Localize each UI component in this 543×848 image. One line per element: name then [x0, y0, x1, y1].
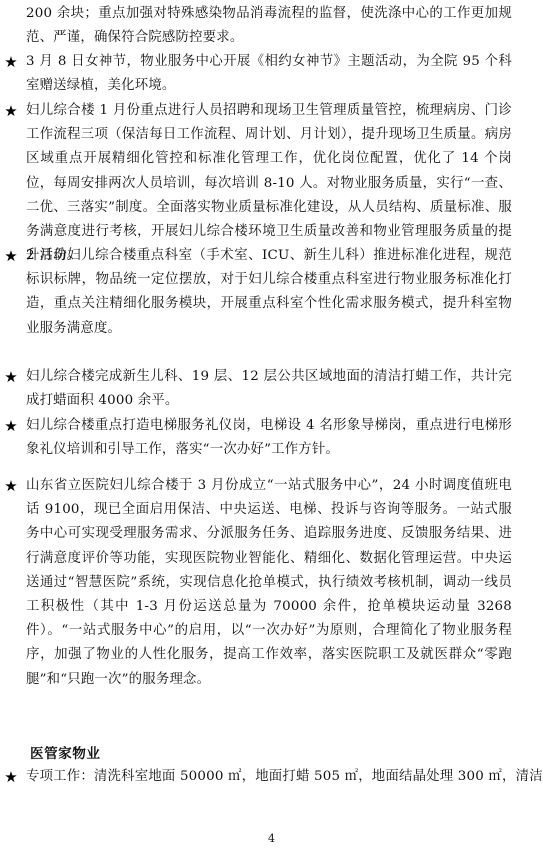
star-bullet-icon: ★: [2, 765, 20, 789]
bullet-paragraph: 专项工作：清洗科室地面 50000 ㎡，地面打蜡 505 ㎡，地面结晶处理 30…: [26, 765, 512, 789]
document-page: 200 余块；重点加强对特殊感染物品消毒流程的监督，使洗涤中心的工作更加规范、严…: [0, 0, 543, 848]
star-bullet-icon: ★: [2, 244, 20, 268]
bullet-paragraph: 3 月 8 日女神节，物业服务中心开展《相约女神节》主题活动，为全院 95 个科…: [26, 50, 512, 98]
bullet-paragraph: 山东省立医院妇儿综合楼于 3 月份成立“一站式服务中心”，24 小时调度值班电话…: [26, 474, 512, 692]
section-heading: 医管家物业: [30, 742, 100, 762]
bullet-paragraph: 妇儿综合楼 1 月份重点进行人员招聘和现场卫生管理质量管控，梳理病房、门诊工作流…: [26, 99, 512, 268]
star-bullet-icon: ★: [2, 365, 20, 389]
bullet-paragraph: 妇儿综合楼重点打造电梯服务礼仪岗，电梯设 4 名形象导梯岗，重点进行电梯形象礼仪…: [26, 414, 512, 462]
paragraph-continuation: 200 余块；重点加强对特殊感染物品消毒流程的监督，使洗涤中心的工作更加规范、严…: [26, 2, 512, 50]
star-bullet-icon: ★: [2, 414, 20, 438]
star-bullet-icon: ★: [2, 99, 20, 123]
page-number: 4: [0, 832, 543, 845]
star-bullet-icon: ★: [2, 474, 20, 498]
bullet-paragraph: 妇儿综合楼完成新生儿科、19 层、12 层公共区域地面的清洁打蜡工作，共计完成打…: [26, 365, 512, 413]
star-bullet-icon: ★: [2, 50, 20, 74]
bullet-paragraph: 2 月份妇儿综合楼重点科室（手术室、ICU、新生儿科）推进标准化进程，规范标识标…: [26, 244, 512, 341]
